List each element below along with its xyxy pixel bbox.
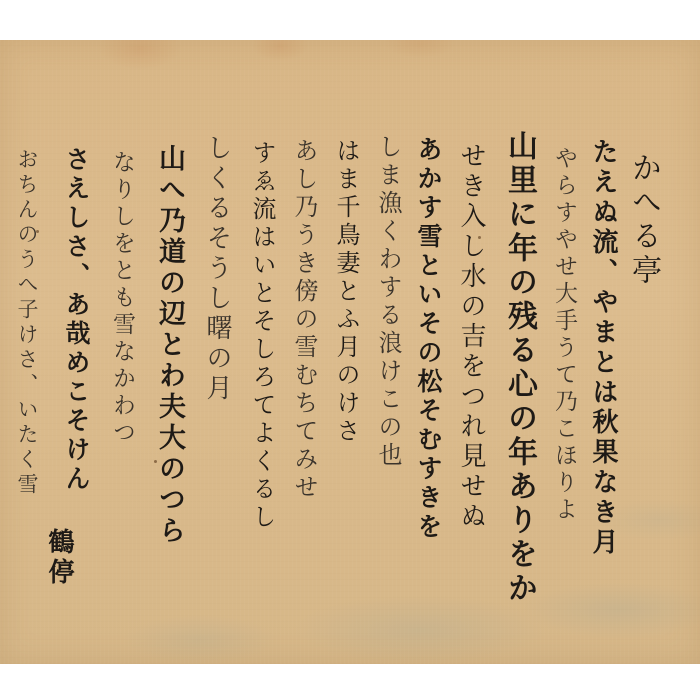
- column-hama: はま千鳥妻とふ月のけさ: [334, 138, 358, 446]
- signature: 鶴停: [46, 528, 72, 588]
- column-kaeru-tei: かへる亭: [628, 152, 658, 288]
- column-sue: すゑ流はいとそしろてよくるし: [250, 140, 274, 532]
- column-yamazato: 山里に年の残る心の年ありをか: [504, 130, 534, 606]
- column-yamahe: 山へ乃道の辺とわ夫大のつら: [156, 144, 183, 547]
- column-shima: しま漁くわする浪けこの也: [376, 134, 400, 470]
- image-frame: かへる亭 たえぬ流、やまとは秋果なき月 やらすやせ大手うて乃こほりよ 山里に年の…: [0, 0, 700, 700]
- column-ochin: おちんのうへ子けさ、いたく雪: [16, 148, 37, 498]
- column-ashi: あし乃うき傍の雪むちてみせ: [292, 138, 316, 502]
- column-yarasu: やらすやせ大手うて乃こほりよ: [552, 146, 575, 524]
- column-narishi: なりしをとも雪なかわつ: [110, 150, 133, 447]
- column-saeshi: さえしさ、あ哉めこそけん: [64, 146, 89, 494]
- column-shikuru: しくるそうし曙の月: [204, 134, 230, 404]
- column-tae: たえぬ流、やまとは秋果なき月: [590, 138, 616, 558]
- column-akasu: あかす雪といその松そむすきを: [416, 136, 441, 542]
- column-seki: せき入し水の吉をつれ見せぬ: [458, 142, 484, 532]
